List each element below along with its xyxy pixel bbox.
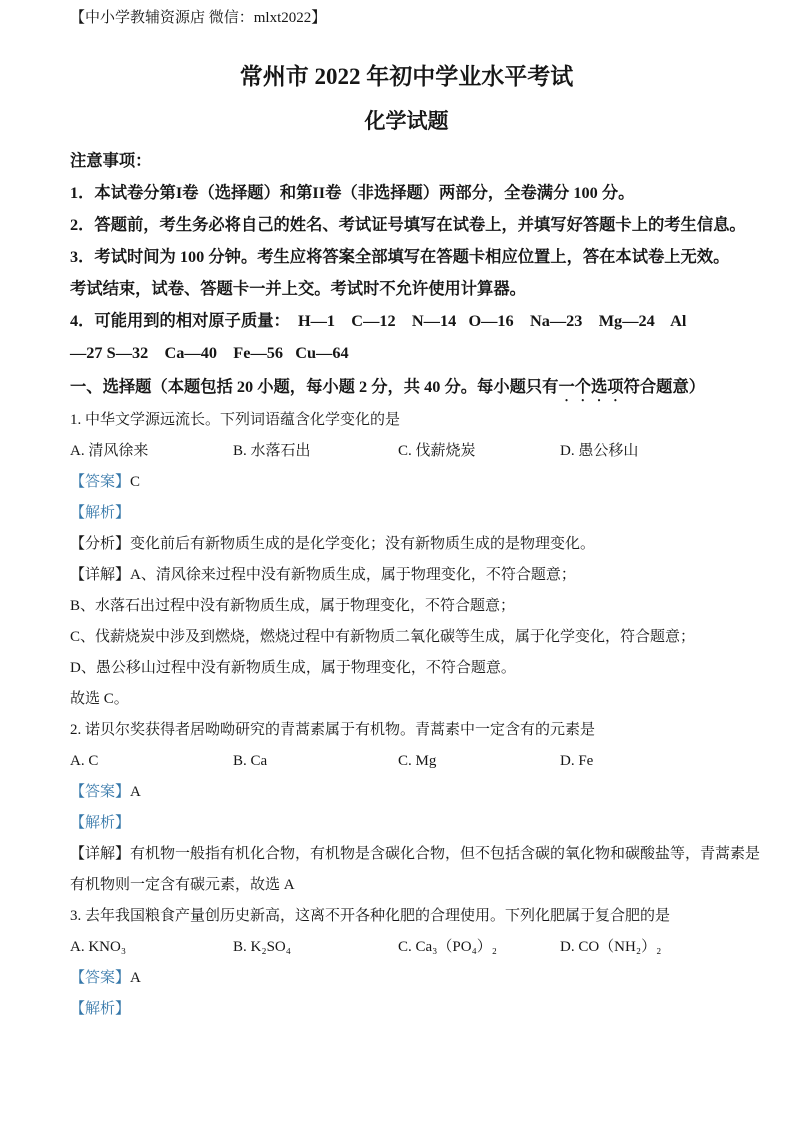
answer-value: A <box>130 784 141 800</box>
exam-title: 常州市 2022 年初中学业水平考试 <box>70 64 743 90</box>
question-stem: 1. 中华文学源远流长。下列词语蕴含化学变化的是 <box>70 405 743 436</box>
explain-line: 【分析】变化前后有新物质生成的是化学变化；没有新物质生成的是物理变化。 <box>70 529 743 560</box>
notice-line: 1．本试卷分第I卷（选择题）和第II卷（非选择题）两部分，全卷满分 100 分。 <box>70 177 743 209</box>
notice-line: 3．考试时间为 100 分钟。考生应将答案全部填写在答题卡相应位置上，答在本试卷… <box>70 241 743 273</box>
option-d: D. 愚公移山 <box>560 436 743 467</box>
answer-value: A <box>130 970 141 986</box>
option-c: C. Mg <box>398 746 560 777</box>
answer-row: 【答案】C <box>70 467 743 498</box>
explain-line: D、愚公移山过程中没有新物质生成，属于物理变化，不符合题意。 <box>70 653 743 684</box>
analysis-row: 【解析】 <box>70 994 743 1025</box>
store-header-note: 【中小学教辅资源店 微信：mlxt2022】 <box>70 8 743 28</box>
option-c: C. Ca₃（PO₄）₂ <box>398 932 560 963</box>
option-d: D. CO（NH₂）₂ <box>560 932 743 963</box>
exam-document-page: 【中小学教辅资源店 微信：mlxt2022】 常州市 2022 年初中学业水平考… <box>0 0 793 1122</box>
answer-row: 【答案】A <box>70 777 743 808</box>
option-a: A. C <box>70 746 233 777</box>
options-row: A. KNO₃ B. K₂SO₄ C. Ca₃（PO₄）₂ D. CO（NH₂）… <box>70 932 743 963</box>
explain-line: C、伐薪烧炭中涉及到燃烧，燃烧过程中有新物质二氧化碳等生成，属于化学变化，符合题… <box>70 622 743 653</box>
answer-label: 【答案】 <box>70 474 130 490</box>
section-heading-suffix: 符合题意） <box>624 377 705 396</box>
explain-line: 有机物则一定含有碳元素，故选 A <box>70 870 743 901</box>
option-a: A. KNO₃ <box>70 932 233 963</box>
notice-line-atomic-masses: —27 S—32 Ca—40 Fe—56 Cu—64 <box>70 337 743 369</box>
explain-line: 【详解】有机物一般指有机化合物，有机物是含碳化合物，但不包括含碳的氧化物和碳酸盐… <box>70 839 743 870</box>
notice-line: 2．答题前，考生务必将自己的姓名、考试证号填写在试卷上，并填写好答题卡上的考生信… <box>70 209 743 241</box>
notice-section: 注意事项： 1．本试卷分第I卷（选择题）和第II卷（非选择题）两部分，全卷满分 … <box>70 145 743 369</box>
question-block-2: 2. 诺贝尔奖获得者居呦呦研究的青蒿素属于有机物。青蒿素中一定含有的元素是 A.… <box>70 715 743 901</box>
section-one-heading: 一、选择题（本题包括 20 小题，每小题 2 分，共 40 分。每小题只有一个选… <box>70 371 743 405</box>
analysis-label: 【解析】 <box>70 815 130 831</box>
question-stem: 2. 诺贝尔奖获得者居呦呦研究的青蒿素属于有机物。青蒿素中一定含有的元素是 <box>70 715 743 746</box>
analysis-row: 【解析】 <box>70 498 743 529</box>
paper-subject-title: 化学试题 <box>70 108 743 134</box>
option-b: B. 水落石出 <box>233 436 398 467</box>
explain-line: 【详解】A、清风徐来过程中没有新物质生成，属于物理变化，不符合题意； <box>70 560 743 591</box>
question-stem: 3. 去年我国粮食产量创历史新高，这离不开各种化肥的合理使用。下列化肥属于复合肥… <box>70 901 743 932</box>
explain-conclusion: 故选 C。 <box>70 684 743 715</box>
options-row: A. C B. Ca C. Mg D. Fe <box>70 746 743 777</box>
answer-row: 【答案】A <box>70 963 743 994</box>
option-d: D. Fe <box>560 746 743 777</box>
options-row: A. 清风徐来 B. 水落石出 C. 伐薪烧炭 D. 愚公移山 <box>70 436 743 467</box>
analysis-label: 【解析】 <box>70 1001 130 1017</box>
answer-label: 【答案】 <box>70 784 130 800</box>
explain-line: B、水落石出过程中没有新物质生成，属于物理变化，不符合题意； <box>70 591 743 622</box>
question-block-3: 3. 去年我国粮食产量创历史新高，这离不开各种化肥的合理使用。下列化肥属于复合肥… <box>70 901 743 1025</box>
section-heading-emphasized-text: 一个选项 <box>558 377 623 396</box>
notice-line-atomic-masses: 4．可能用到的相对原子质量： H—1 C—12 N—14 O—16 Na—23 … <box>70 305 743 337</box>
answer-label: 【答案】 <box>70 970 130 986</box>
option-c: C. 伐薪烧炭 <box>398 436 560 467</box>
section-heading-prefix: 一、选择题（本题包括 20 小题，每小题 2 分，共 40 分。每小题只有 <box>70 377 558 396</box>
analysis-row: 【解析】 <box>70 808 743 839</box>
answer-value: C <box>130 474 140 490</box>
notice-line: 考试结束，试卷、答题卡一并上交。考试时不允许使用计算器。 <box>70 273 743 305</box>
option-b: B. K₂SO₄ <box>233 932 398 963</box>
notice-heading: 注意事项： <box>70 145 743 177</box>
analysis-label: 【解析】 <box>70 505 130 521</box>
option-a: A. 清风徐来 <box>70 436 233 467</box>
question-block-1: 1. 中华文学源远流长。下列词语蕴含化学变化的是 A. 清风徐来 B. 水落石出… <box>70 405 743 715</box>
option-b: B. Ca <box>233 746 398 777</box>
